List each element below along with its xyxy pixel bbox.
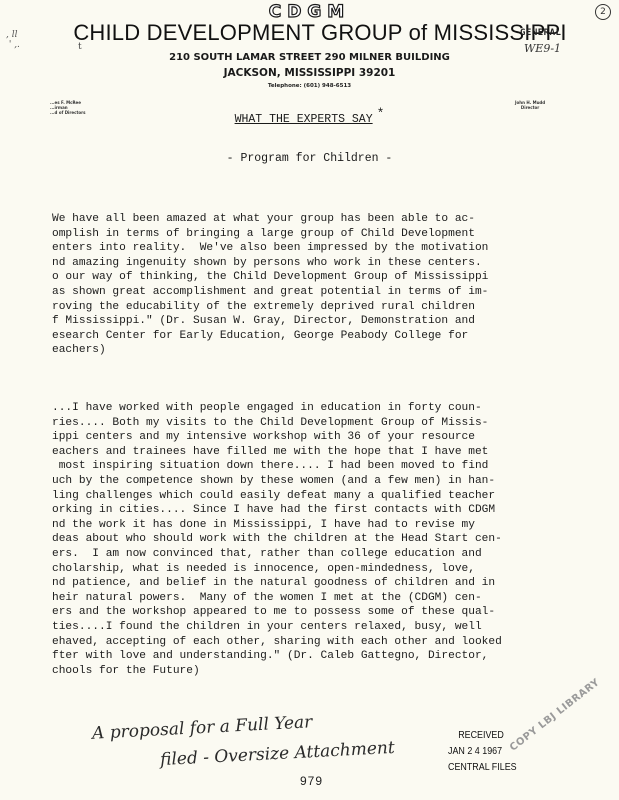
circled-page-number: 2 bbox=[595, 4, 611, 20]
text-line: chools for the Future) bbox=[52, 664, 502, 679]
text-line: ehaved, accepting of each other, sharing… bbox=[52, 635, 502, 650]
handwritten-note-line-2: filed - Oversize Attachment bbox=[160, 738, 396, 770]
quote-paragraph-gattegno: ...I have worked with people engaged in … bbox=[52, 401, 502, 678]
text-line: enters into reality. We've also been imp… bbox=[52, 241, 488, 256]
address-line-2: JACKSON, MISSISSIPPI 39201 bbox=[0, 67, 619, 79]
text-line: esearch Center for Early Education, Geor… bbox=[52, 329, 488, 344]
officer-right-title: Director bbox=[515, 105, 545, 110]
text-line: ers. I am now convinced that, rather tha… bbox=[52, 547, 502, 562]
text-line: uch by the competence shown by these wom… bbox=[52, 474, 502, 489]
cdgm-logo: CDGM bbox=[0, 2, 619, 22]
officer-right-block: John H. Mudd Director bbox=[515, 100, 545, 110]
heading-text: WHAT THE EXPERTS SAY bbox=[235, 113, 373, 126]
text-line: nd the work it has done in Mississippi, … bbox=[52, 518, 502, 533]
text-line: ...I have worked with people engaged in … bbox=[52, 401, 502, 416]
text-line: ties....I found the children in your cen… bbox=[52, 620, 502, 635]
general-file-stamp: GENERAL bbox=[520, 28, 561, 38]
handwritten-note-line-1: A proposal for a Full Year bbox=[92, 712, 313, 744]
text-line: eachers) bbox=[52, 343, 488, 358]
text-line: orking in cities.... Since I have had th… bbox=[52, 503, 502, 518]
text-line: f Mississippi." (Dr. Susan W. Gray, Dire… bbox=[52, 314, 488, 329]
text-line: heir natural powers. Many of the women I… bbox=[52, 591, 502, 606]
document-heading: WHAT THE EXPERTS SAY* bbox=[0, 111, 619, 126]
text-line: omplish in terms of bringing a large gro… bbox=[52, 227, 488, 242]
text-line: o our way of thinking, the Child Develop… bbox=[52, 270, 488, 285]
text-line: as shown great accomplishment and great … bbox=[52, 285, 488, 300]
text-line: deas about who should work with the chil… bbox=[52, 532, 502, 547]
text-line: nd patience, and belief in the natural g… bbox=[52, 576, 502, 591]
text-line: roving the educability of the extremely … bbox=[52, 300, 488, 315]
handwritten-file-code: WE9-1 bbox=[524, 42, 561, 55]
text-line: nd amazing ingenuity shown by persons wh… bbox=[52, 256, 488, 271]
footnote-asterisk: * bbox=[377, 106, 385, 121]
received-stamp: RECEIVED JAN 2 4 1967 CENTRAL FILES bbox=[448, 727, 517, 775]
organization-name: CHILD DEVELOPMENT GROUP of MISSISSIPPI bbox=[60, 20, 580, 46]
quote-paragraph-gray: We have all been amazed at what your gro… bbox=[52, 212, 488, 358]
margin-pencil-marks: , ll ' ,. bbox=[6, 30, 20, 50]
text-line: ers and the workshop appeared to me to p… bbox=[52, 605, 502, 620]
received-date: JAN 2 4 1967 bbox=[448, 743, 517, 759]
text-line: ippi centers and my intensive workshop w… bbox=[52, 430, 502, 445]
text-line: cholarship, what is needed is innocence,… bbox=[52, 562, 502, 577]
lbj-library-copy-stamp: COPY LBJ LIBRARY bbox=[508, 677, 602, 754]
document-subheading: - Program for Children - bbox=[0, 152, 619, 165]
text-line: most inspiring situation down there.... … bbox=[52, 459, 502, 474]
stray-mark: t bbox=[78, 42, 82, 52]
document-page: CDGM CHILD DEVELOPMENT GROUP of MISSISSI… bbox=[0, 0, 619, 800]
text-line: ries.... Both my visits to the Child Dev… bbox=[52, 416, 502, 431]
received-office: CENTRAL FILES bbox=[448, 759, 517, 775]
document-number: 979 bbox=[300, 774, 323, 788]
text-line: eachers and trainees have filled me with… bbox=[52, 445, 502, 460]
text-line: We have all been amazed at what your gro… bbox=[52, 212, 488, 227]
telephone: Telephone: (601) 948-6513 bbox=[0, 83, 619, 89]
received-label: RECEIVED bbox=[448, 727, 517, 743]
text-line: fter with love and understanding." (Dr. … bbox=[52, 649, 502, 664]
text-line: ling challenges which could easily defea… bbox=[52, 489, 502, 504]
